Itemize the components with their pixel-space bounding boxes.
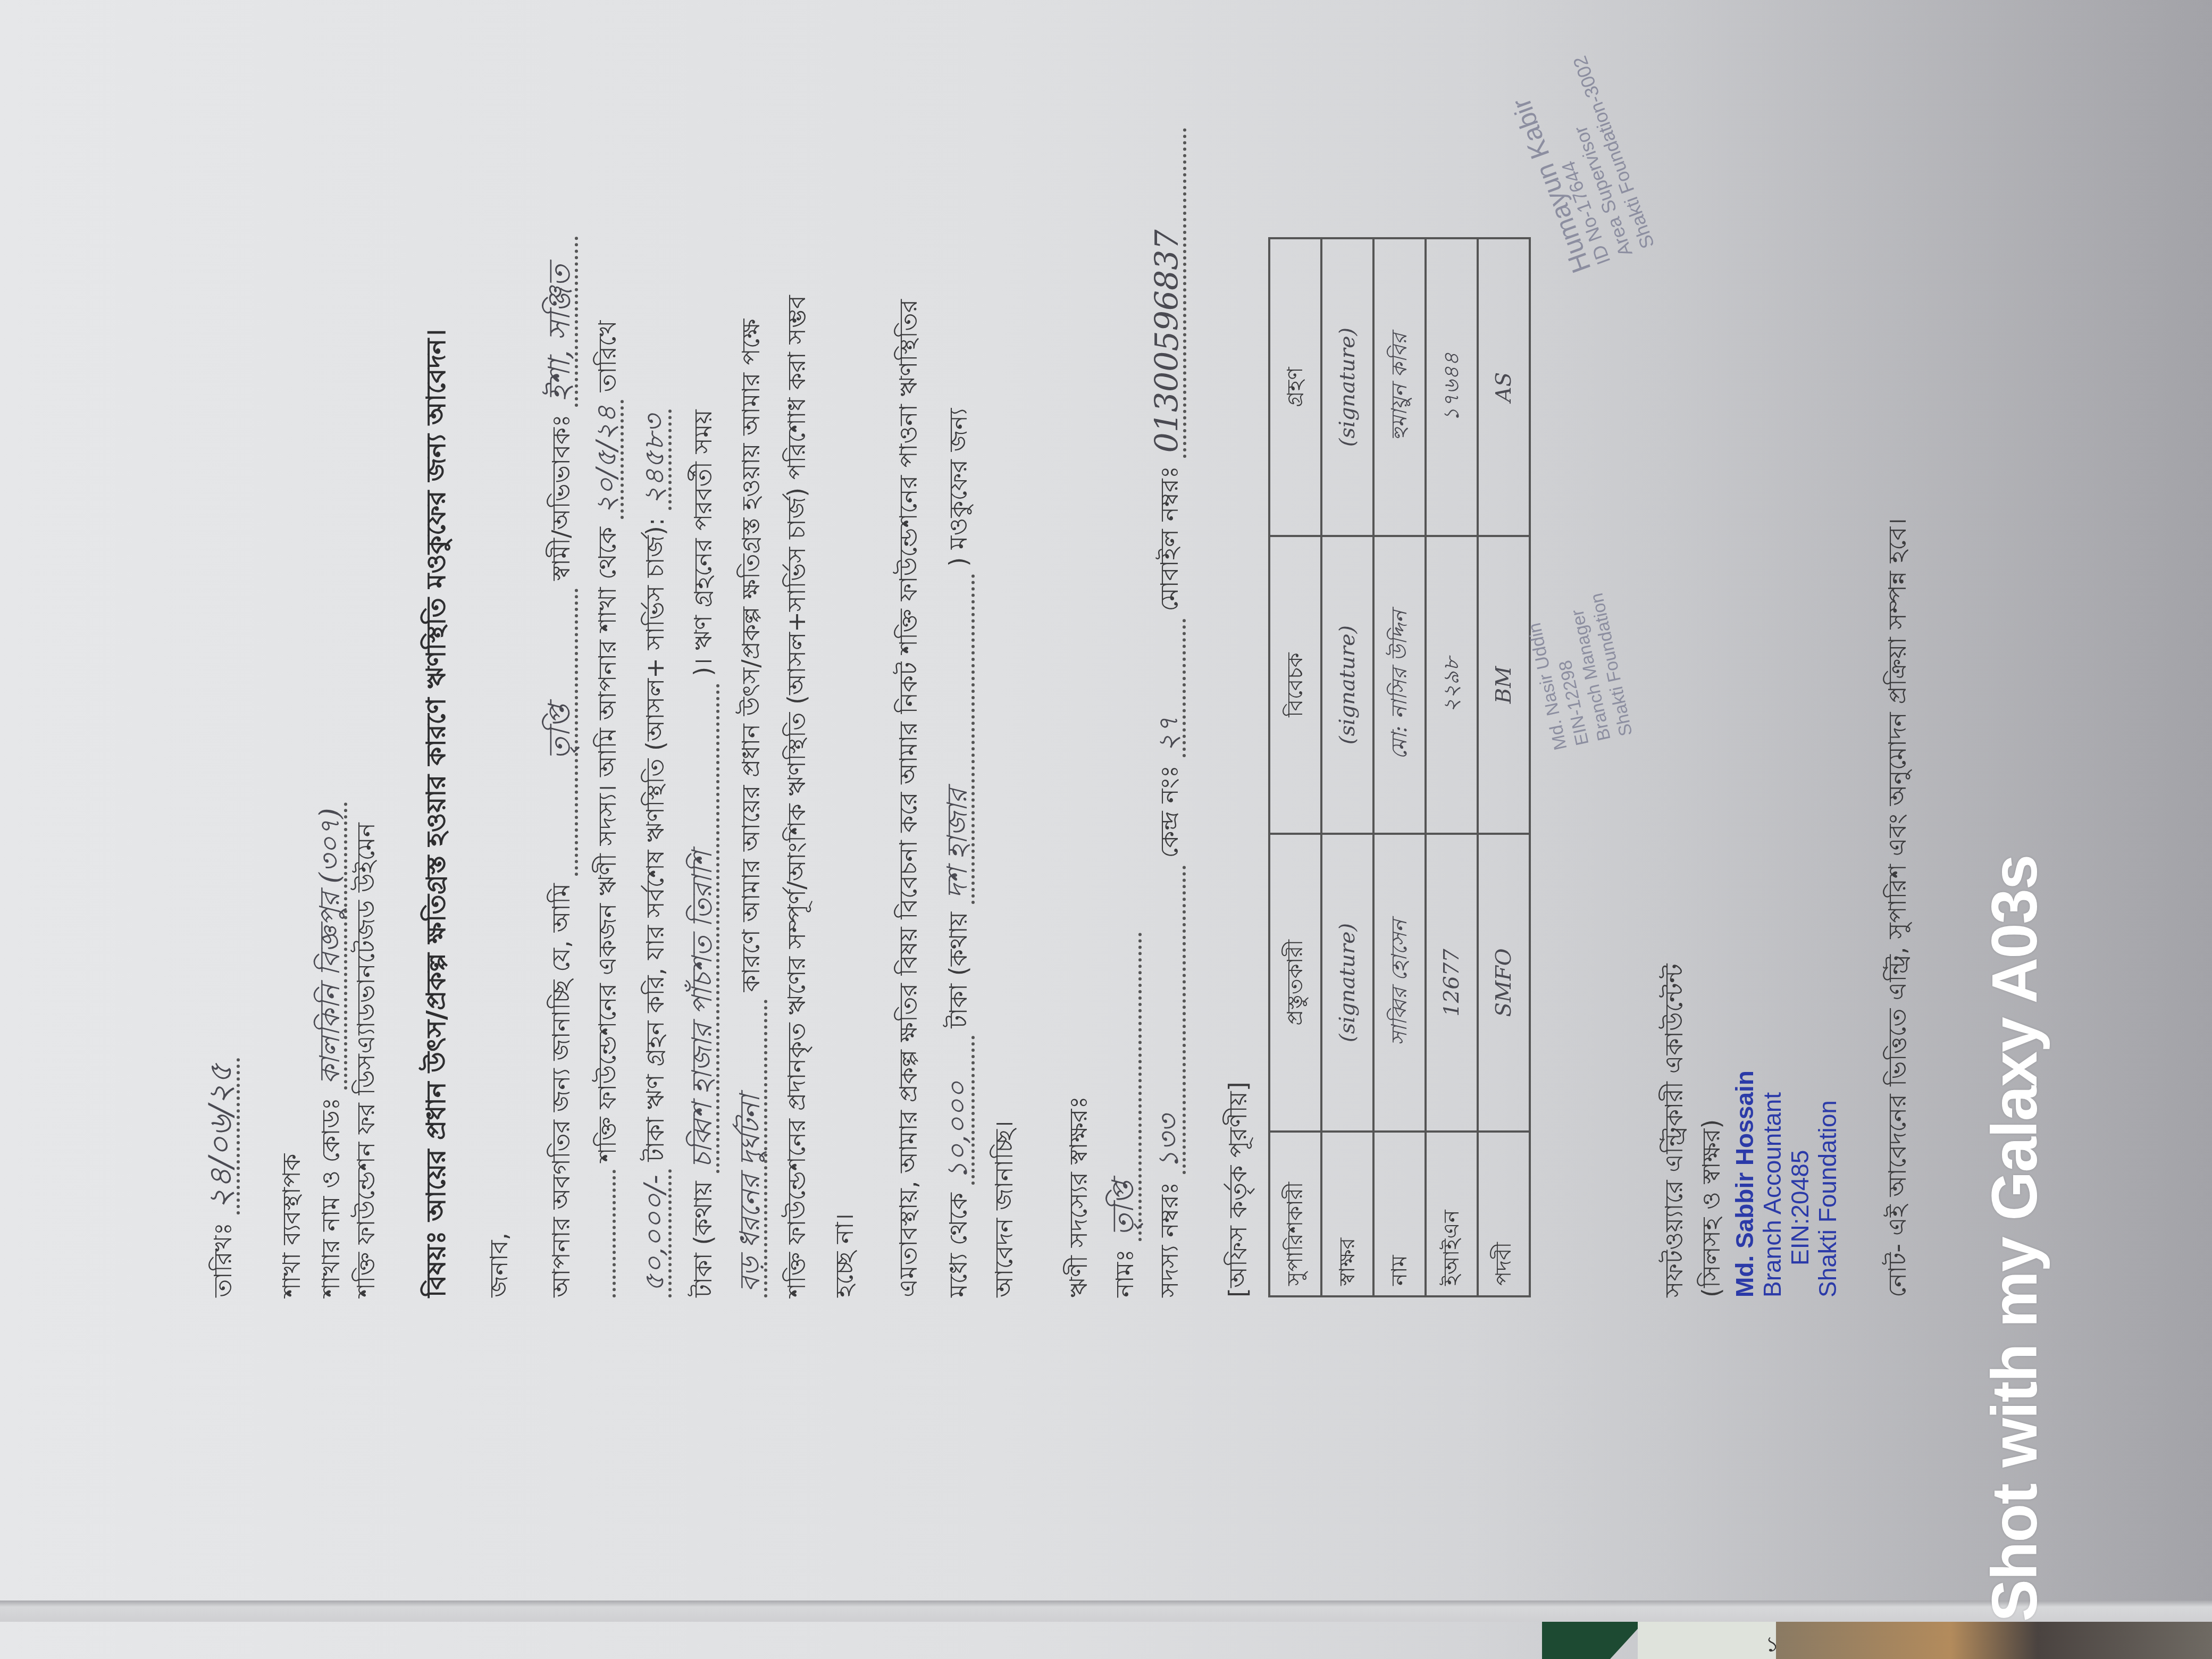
table-cell: SMFO — [1478, 834, 1530, 1132]
damage-cause: বড় ধরনের দুর্ঘটনা — [736, 1000, 767, 1297]
row-label: পদবী — [1478, 1132, 1530, 1296]
para1-text: টাকা (কথায় — [689, 1181, 717, 1297]
table-cell: ১৭৬৪৪ — [1426, 238, 1478, 536]
para1-text: আপনার অবগতির জন্য জানাচ্ছি যে, আমি — [547, 883, 575, 1297]
para1-line7: হচ্ছে না। — [832, 1213, 857, 1297]
loan-date: ২০/৫/২৪ — [593, 400, 624, 519]
guardian-label: স্বামী/অভিভাবকঃ — [547, 414, 575, 581]
para1-line3: ৫০,০০০/- টাকা ঋণ গ্রহন করি, যার সর্বশেষ … — [641, 409, 672, 1297]
table-row: ইআইএন 12677 ২২৯৮ ১৭৬৪৪ — [1426, 238, 1478, 1296]
para1-text: টাকা ঋণ গ্রহন করি, যার সর্বশেষ ঋণস্থিতি … — [641, 518, 669, 1162]
table-header-row: সুপারিশকারী প্রস্তুতকারী বিবেচক গ্রহণ — [1269, 238, 1321, 1296]
para2-text: মধ্যে থেকে — [944, 1193, 973, 1297]
branch-label: শাখার নাম ও কোডঃ — [316, 1097, 345, 1297]
para1-text: কারণে আমার আয়ের প্রধান উৎস/প্রকল্প ক্ষত… — [736, 319, 765, 992]
recommendation-table: সুপারিশকারী প্রস্তুতকারী বিবেচক গ্রহণ স্… — [1268, 237, 1531, 1297]
table-cell: AS — [1478, 238, 1530, 536]
para1-line6: শক্তি ফাউন্ডেশনের প্রদানকৃত ঋণের সম্পূর্… — [784, 295, 809, 1297]
guardian-name: ইশা, সঞ্জিত — [545, 237, 578, 407]
table-cell: সাব্বির হোসেন — [1373, 834, 1426, 1132]
branch-line: শাখার নাম ও কোডঃ কালকিনি বিজ্ঞপুর (৩০৭) — [316, 802, 347, 1297]
member-name: তৃপ্তি — [1109, 933, 1142, 1242]
para2-line3: আবেদন জানাচ্ছি। — [992, 1121, 1016, 1297]
stamp-role: Branch Accountant — [1758, 1070, 1786, 1297]
table-row: স্বাক্ষর (signature) (signature) (signat… — [1321, 238, 1373, 1296]
stamp-org: Shakti Foundation — [1814, 1070, 1841, 1297]
mobile-number: 01300596837 — [1151, 128, 1186, 458]
table-row: নাম সাব্বির হোসেন মো: নাসির উদ্দিন হুমায… — [1373, 238, 1426, 1296]
recipient-title: শাখা ব্যবস্থাপক — [279, 1154, 304, 1297]
underlying-paper — [1638, 1622, 1776, 1659]
stamp-ein: EIN:20485 — [1786, 1070, 1814, 1297]
table-cell: BM — [1478, 536, 1530, 834]
application-form: তারিখঃ ২৪/০৬/২৫ শাখা ব্যবস্থাপক শাখার না… — [173, 53, 2114, 1595]
stamp-name: Md. Sabbir Hossain — [1731, 1070, 1758, 1297]
subject-line: বিষয়ঃ আয়ের প্রধান উৎস/প্রকল্প ক্ষতিগ্র… — [423, 329, 449, 1297]
row-label: স্বাক্ষর — [1321, 1132, 1373, 1296]
branch-name-code: কালকিনি বিজ্ঞপুর (৩০৭) — [316, 802, 347, 1090]
table-header: বিবেচক — [1269, 536, 1321, 834]
para1-text: )। ঋণ গ্রহনের পরবর্তী সময় — [689, 409, 717, 676]
footer-note: নোট- এই আবেদনের ভিত্তিতে এন্ট্রি, সুপারি… — [1885, 518, 1909, 1297]
table-header: সুপারিশকারী — [1269, 1132, 1321, 1296]
accountant-title: সফটওয়্যারে এন্ট্রিকারী একাউন্টেন্ট — [1662, 963, 1686, 1297]
table-cell: হুমায়ুন কবির — [1373, 238, 1426, 536]
table-header: প্রস্তুতকারী — [1269, 834, 1321, 1132]
para2-text: ) মওকুফের জন্য — [944, 408, 973, 567]
member-id: ১৩৩ — [1155, 866, 1186, 1174]
table-cell: মো: নাসির উদ্দিন — [1373, 536, 1426, 834]
signature: (signature) — [1321, 536, 1373, 834]
center-label: কেন্দ্র নংঃ — [1155, 765, 1184, 858]
para2-line2: মধ্যে থেকে ১০,০০০ টাকা (কথায় দশ হাজার )… — [944, 408, 975, 1297]
waiver-amount: ১০,০০০ — [944, 1036, 975, 1185]
stamp-branch-manager: Md. Nasir Uddin EIN-12298 Branch Manager… — [1520, 591, 1637, 752]
waiver-in-words: দশ হাজার — [944, 574, 975, 904]
para1-line4: টাকা (কথায় চব্বিশ হাজার পাঁচশত তিরাশি )… — [689, 409, 719, 1297]
para1-line2: শক্তি ফাউন্ডেশনের একজন ঋণী সদস্য। আমি আপ… — [593, 321, 624, 1297]
table-cell: 12677 — [1426, 834, 1478, 1132]
member-ids-line: সদস্য নম্বরঃ ১৩৩ কেন্দ্র নংঃ ২৭ মোবাইল ন… — [1151, 128, 1186, 1297]
blank-fill — [613, 1170, 616, 1297]
organization-name: শক্তি ফাউন্ডেশন ফর ডিসএ্যাডভানটেজড উইমেন — [354, 823, 378, 1297]
outstanding-balance: ২৪৫৮৩ — [641, 409, 672, 510]
desk-edge — [1776, 1622, 2212, 1659]
date-label: তারিখঃ — [208, 1222, 237, 1297]
para1-line5: বড় ধরনের দুর্ঘটনা কারণে আমার আয়ের প্রধ… — [736, 319, 767, 1297]
loan-amount: ৫০,০০০/- — [641, 1169, 672, 1297]
member-sign-label: ঋণী সদস্যের স্বাক্ষরঃ — [1066, 1096, 1091, 1297]
signature: (signature) — [1321, 834, 1373, 1132]
para2-line1: এমতাবস্থায়, আমার প্রকল্প ক্ষতির বিষয় ব… — [896, 299, 920, 1297]
camera-watermark: Shot with my Galaxy A03s — [1978, 856, 2051, 1622]
accountant-sub: (সিলসহ ও স্বাক্ষর) — [1699, 1119, 1723, 1297]
row-label: নাম — [1373, 1132, 1426, 1296]
borrower-name: তৃপ্তি — [545, 589, 578, 876]
para1-line1: আপনার অবগতির জন্য জানাচ্ছি যে, আমি তৃপ্ত… — [545, 237, 578, 1297]
table-header: গ্রহণ — [1269, 238, 1321, 536]
accountant-stamp: Md. Sabbir Hossain Branch Accountant EIN… — [1731, 1070, 1841, 1297]
paper-stack-edge — [0, 1601, 2212, 1622]
member-id-label: সদস্য নম্বরঃ — [1155, 1182, 1184, 1297]
outstanding-in-words: চব্বিশ হাজার পাঁচশত তিরাশি — [689, 684, 719, 1173]
center-number: ২৭ — [1155, 619, 1186, 757]
date-suffix: তারিখে — [593, 321, 622, 392]
date-value: ২৪/০৬/২৫ — [205, 1058, 240, 1214]
table-row: পদবী SMFO BM AS — [1478, 238, 1530, 1296]
office-section-label: [অফিস কর্তৃক পূরণীয়] — [1226, 1082, 1250, 1297]
salutation: জনাব, — [487, 1233, 511, 1297]
member-name-line: নামঃ তৃপ্তি — [1109, 933, 1142, 1298]
para2-text: টাকা (কথায় — [944, 912, 973, 1028]
signature: (signature) — [1321, 238, 1373, 536]
row-label: ইআইএন — [1426, 1132, 1478, 1296]
table-cell: ২২৯৮ — [1426, 536, 1478, 834]
mobile-label: মোবাইল নম্বরঃ — [1155, 466, 1184, 611]
member-name-label: নামঃ — [1110, 1249, 1139, 1297]
para1-text: শক্তি ফাউন্ডেশনের একজন ঋণী সদস্য। আমি আপ… — [593, 527, 622, 1162]
date-line: তারিখঃ ২৪/০৬/২৫ — [205, 1058, 240, 1297]
